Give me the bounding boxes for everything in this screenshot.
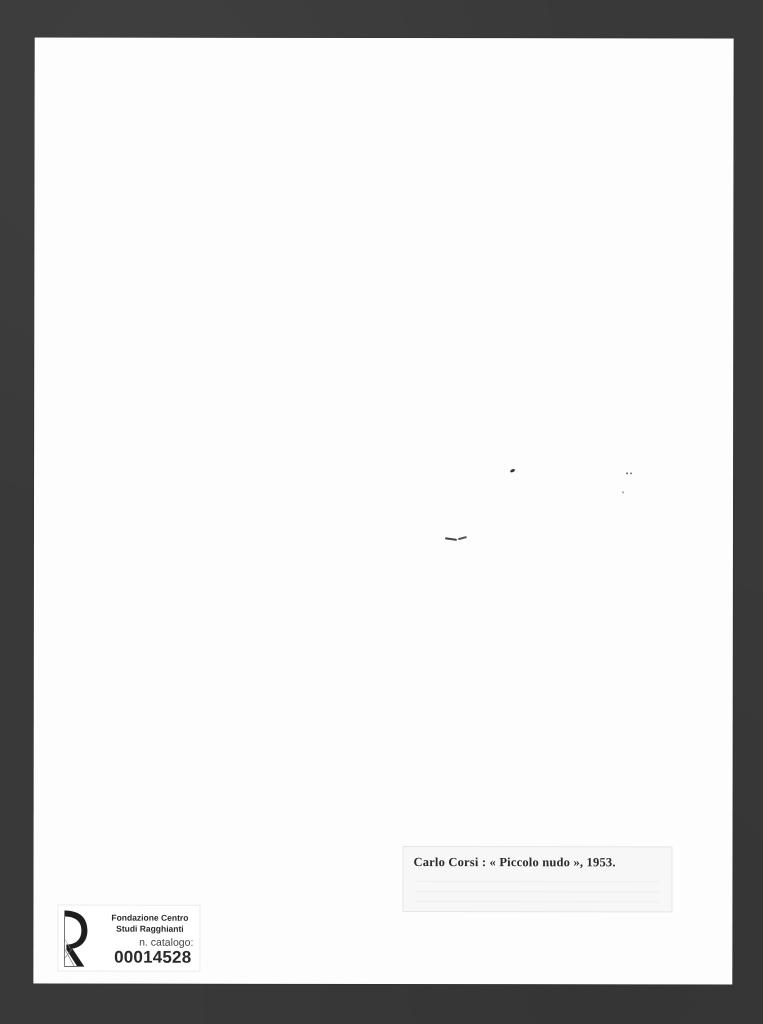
artwork-caption-label: Carlo Corsi : « Piccolo nudo », 1953. bbox=[402, 846, 672, 912]
catalog-number: 00014528 bbox=[114, 948, 191, 968]
paper-speck bbox=[622, 491, 624, 493]
faint-line bbox=[415, 891, 659, 892]
paper-speck bbox=[510, 468, 516, 473]
faint-line bbox=[415, 901, 659, 902]
foundation-name: Fondazione Centro Studi Ragghianti bbox=[102, 913, 197, 935]
archive-catalog-label: Fondazione Centro Studi Ragghianti n. ca… bbox=[57, 905, 200, 972]
artwork-caption: Carlo Corsi : « Piccolo nudo », 1953. bbox=[413, 855, 615, 870]
ragghianti-r-logo-icon bbox=[60, 909, 88, 969]
foundation-name-line1: Fondazione Centro bbox=[102, 913, 197, 924]
paper-speck bbox=[458, 536, 467, 540]
paper-speck bbox=[630, 472, 632, 474]
faint-line bbox=[415, 881, 659, 882]
foundation-name-line2: Studi Ragghianti bbox=[102, 924, 197, 935]
paper-speck bbox=[445, 537, 457, 541]
paper-speck bbox=[626, 472, 628, 474]
photo-card-paper: Carlo Corsi : « Piccolo nudo », 1953. Fo… bbox=[33, 38, 733, 985]
